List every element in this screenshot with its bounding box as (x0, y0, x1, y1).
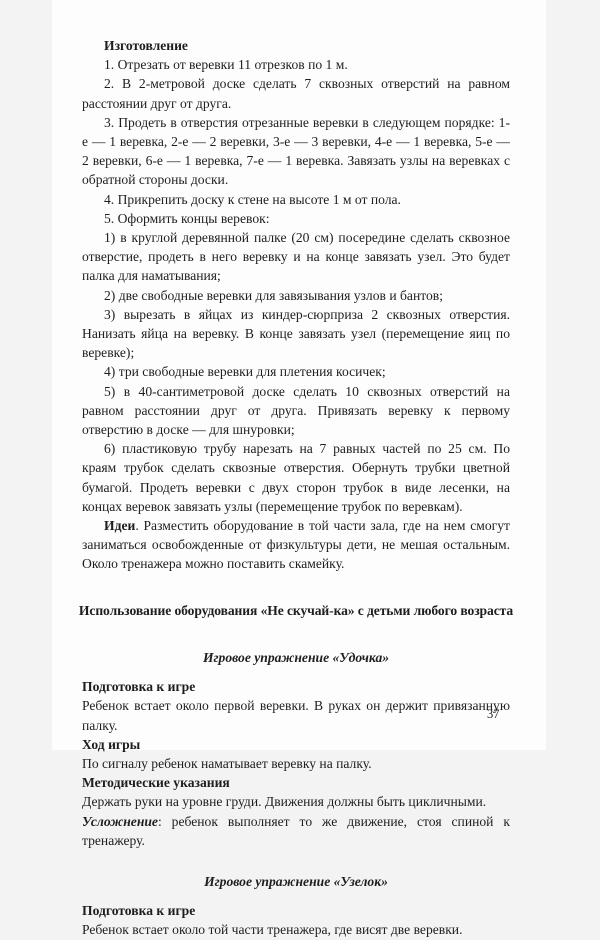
section-title: Использование оборудования «Не скучай-ка… (78, 601, 514, 620)
ideas-label: Идеи (104, 518, 135, 533)
substep-4: 4) три свободные веревки для плетения ко… (82, 362, 510, 381)
substep-2: 2) две свободные веревки для завязывания… (82, 286, 510, 305)
document-body: Изготовление 1. Отрезать от веревки 11 о… (82, 36, 510, 750)
exercise-1-title: Игровое упражнение «Удочка» (82, 648, 510, 667)
step-3: 3. Продеть в отверстия отрезанные веревк… (82, 113, 510, 190)
ideas-paragraph: Идеи. Разместить оборудование в той част… (82, 516, 510, 574)
step-4: 4. Прикрепить доску к стене на высоте 1 … (82, 190, 510, 209)
substep-1: 1) в круглой деревянной палке (20 см) по… (82, 228, 510, 286)
manufacturing-heading: Изготовление (82, 36, 510, 55)
page-number: 37 (487, 707, 500, 722)
substep-6: 6) пластиковую трубу нарезать на 7 равны… (82, 439, 510, 516)
step-5: 5. Оформить концы веревок: (82, 209, 510, 228)
exercise-1-course-heading: Ход игры (82, 735, 510, 750)
step-2: 2. В 2-метровой доске сделать 7 сквозных… (82, 74, 510, 112)
ideas-text: . Разместить оборудование в той части за… (82, 518, 510, 571)
exercise-1-prep-text: Ребенок встает около первой веревки. В р… (82, 696, 510, 734)
step-1: 1. Отрезать от веревки 11 отрезков по 1 … (82, 55, 510, 74)
substep-3: 3) вырезать в яйцах из киндер-сюрприза 2… (82, 305, 510, 363)
exercise-1-prep-heading: Подготовка к игре (82, 677, 510, 696)
substep-5: 5) в 40-сантиметровой доске сделать 10 с… (82, 382, 510, 440)
